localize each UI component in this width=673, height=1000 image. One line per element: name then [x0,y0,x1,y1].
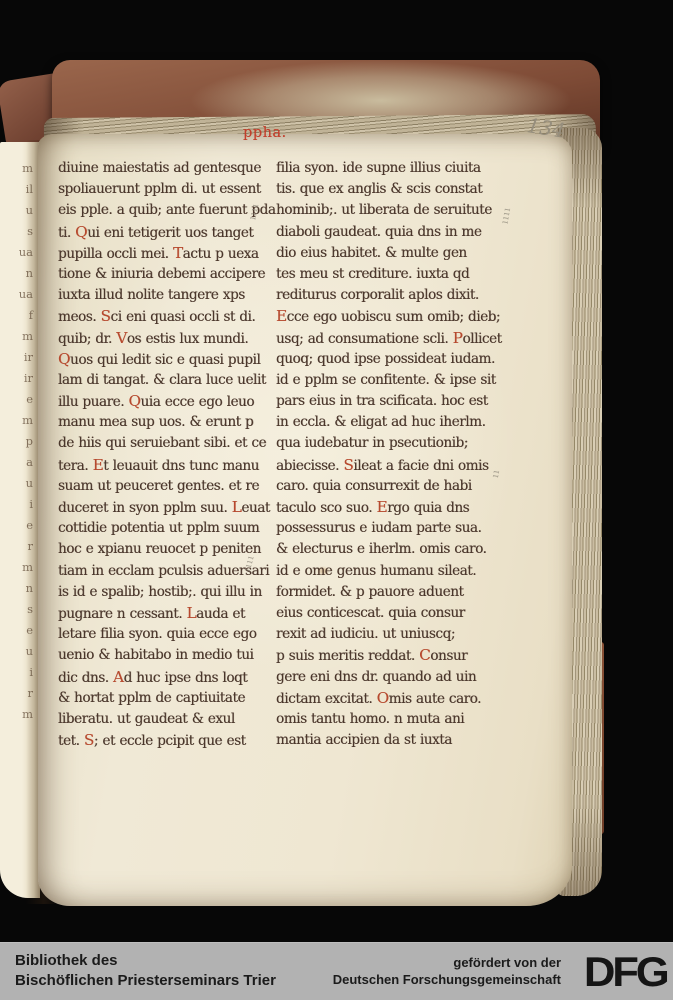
manuscript-line: Quos qui ledit sic e quasi pupil [58,349,272,370]
manuscript-line: illu puare. Quia ecce ego leuo [58,391,272,412]
rubricated-initial: E [93,456,104,474]
rubricated-initial: S [101,307,111,325]
rubricated-initial: A [113,668,124,686]
manuscript-line: liberatu. ut gaudeat & exul [58,709,272,730]
manuscript-line: gere eni dns dr. quando ad uin [276,667,508,688]
manuscript-line: cottidie potentia ut pplm suum [58,518,272,539]
manuscript-line: tes meu st crediture. iuxta qd [276,264,508,285]
credit-footer-bar: Bibliothek des Bischöflichen Priestersem… [0,942,673,1000]
funding-credit-line1: gefördert von der [333,955,561,972]
manuscript-line: abiecisse. Sileat a facie dni omis [276,455,508,476]
manuscript-line: pupilla occli mei. Tactu p uexa [58,243,272,264]
rubricated-initial: L [232,498,242,516]
manuscript-line: Ecce ego uobiscu sum omib; dieb; [276,306,508,327]
rubricated-initial: Q [58,350,70,368]
manuscript-line: suam ut peuceret gentes. et re [58,476,272,497]
manuscript-line: taculo sco suo. Ergo quia dns [276,497,508,518]
manuscript-line: diaboli gaudeat. quia dns in me [276,222,508,243]
rubricated-initial: O [377,689,389,707]
text-column-right: filia syon. ide supne illius ciuitatis. … [276,158,508,751]
manuscript-line: usq; ad consumatione scli. Pollicet [276,328,508,349]
manuscript-line: tiam in ecclam pculsis aduersari [58,561,272,582]
manuscript-line: dio eius habitet. & multe gen [276,243,508,264]
manuscript-line: formidet. & p pauore aduent [276,582,508,603]
manuscript-line: tione & iniuria debemi accipere [58,264,272,285]
rubricated-initial: E [276,307,287,325]
manuscript-line: tera. Et leuauit dns tunc manu [58,455,272,476]
rubricated-initial: E [377,498,388,516]
manuscript-line: uenio & habitabo in medio tui [58,645,272,666]
manuscript-line: eius conticescat. quia consur [276,603,508,624]
pencil-tally-mark: ıı [490,468,502,478]
manuscript-line: & hortat pplm de captiuitate [58,688,272,709]
manuscript-line: possessurus e iudam parte sua. [276,518,508,539]
manuscript-line: pugnare n cessant. Lauda et [58,603,272,624]
rubricated-initial: T [173,244,183,262]
manuscript-line: dic dns. Ad huc ipse dns loqt [58,667,272,688]
scanned-manuscript-photo: milusuanuafmirirempauiermnseuirm ppha. 1… [0,0,673,1000]
manuscript-line: id e pplm se confitente. & ipse sit [276,370,508,391]
manuscript-line: tet. S; et eccle pcipit que est [58,730,272,751]
manuscript-line: iuxta illud nolite tangere xps [58,285,272,306]
library-name: Bibliothek des Bischöflichen Priestersem… [15,951,276,990]
manuscript-line: lam di tangat. & clara luce uelit [58,370,272,391]
manuscript-line: spoliauerunt pplm di. ut essent [58,179,272,200]
manuscript-line: & electurus e iherlm. omis caro. [276,539,508,560]
rubricated-initial: S [84,731,94,749]
library-name-line2: Bischöflichen Priesterseminars Trier [15,971,276,991]
manuscript-line: caro. quia consurrexit de habi [276,476,508,497]
manuscript-line: is id e spalib; hostib;. qui illu in [58,582,272,603]
manuscript-line: hoc e xpianu reuocet p peniten [58,539,272,560]
manuscript-line: hominib;. ut liberata de seruitute [276,200,508,221]
manuscript-line: filia syon. ide supne illius ciuita [276,158,508,179]
funding-credit: gefördert von der Deutschen Forschungsge… [333,955,561,988]
rubricated-initial: P [453,329,463,347]
rubricated-initial: C [419,646,430,664]
manuscript-line: pars eius in tra scificata. hoc est [276,391,508,412]
manuscript-line: rexit ad iudiciu. ut uniuscq; [276,624,508,645]
library-name-line1: Bibliothek des [15,951,276,971]
funding-credit-line2: Deutschen Forschungsgemeinschaft [333,972,561,989]
text-column-left: diuine maiestatis ad gentesquespoliaueru… [58,158,272,751]
manuscript-line: id e ome genus humanu sileat. [276,561,508,582]
manuscript-line: rediturus corporalit aplos dixit. [276,285,508,306]
manuscript-line: tis. que ex anglis & scis constat [276,179,508,200]
manuscript-line: de hiis qui seruiebant sibi. et ce [58,433,272,454]
manuscript-line: p suis meritis reddat. Consur [276,645,508,666]
manuscript-line: qua iudebatur in psecutionib; [276,433,508,454]
manuscript-line: quib; dr. Vos estis lux mundi. [58,328,272,349]
manuscript-line: mantia accipien da st iuxta [276,730,508,751]
manuscript-line: duceret in syon pplm suu. Leuat [58,497,272,518]
running-title: ppha. [243,125,287,141]
rubricated-initial: Q [75,223,87,241]
manuscript-line: letare filia syon. quia ecce ego [58,624,272,645]
manuscript-line: manu mea sup uos. & erunt p [58,412,272,433]
manuscript-line: eis pple. a quib; ante fuerunt pda [58,200,272,221]
manuscript-line: meos. Sci eni quasi occli st di. [58,306,272,327]
rubricated-initial: S [343,456,353,474]
manuscript-line: ti. Qui eni tetigerit uos tanget [58,222,272,243]
manuscript-line: quoq; quod ipse possideat iudam. [276,349,508,370]
manuscript-line: dictam excitat. Omis aute caro. [276,688,508,709]
manuscript-line: omis tantu homo. n muta ani [276,709,508,730]
rubricated-initial: V [116,329,127,347]
dfg-logo: DFG [584,944,667,1000]
rubricated-initial: L [186,604,196,622]
manuscript-line: in eccla. & eligat ad huc iherlm. [276,412,508,433]
manuscript-line: diuine maiestatis ad gentesque [58,158,272,179]
rubricated-initial: Q [128,392,140,410]
